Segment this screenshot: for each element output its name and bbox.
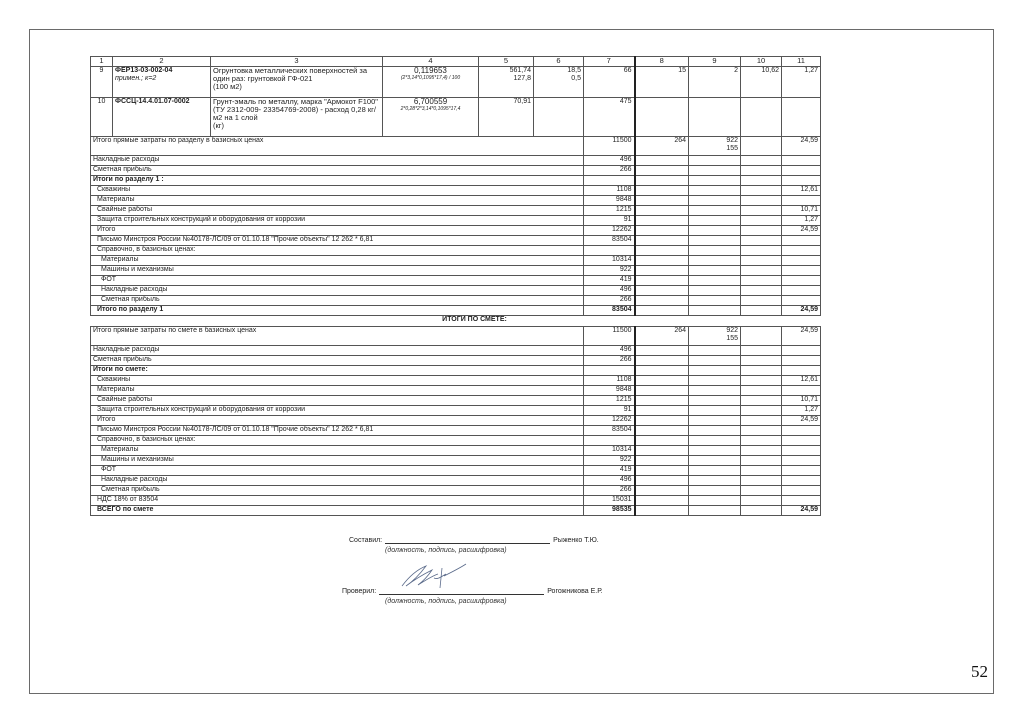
summary-row: Справочно, в базисных ценах:	[91, 246, 821, 256]
labor-per-unit	[741, 386, 782, 396]
labor-total	[782, 496, 821, 506]
machines-cost	[689, 496, 741, 506]
labor-per-unit	[741, 98, 782, 137]
total-cost	[584, 366, 635, 376]
total-cost: 15031	[584, 496, 635, 506]
item-quantity-formula: 2*0,28*2*3,14*0,1095*17,4	[385, 106, 476, 113]
composed-name: Рыженко Т.Ю.	[553, 537, 599, 544]
item-quantity: 6,700559	[385, 98, 476, 106]
total-cost: 496	[584, 156, 635, 166]
wages-cost	[635, 366, 689, 376]
machines-cost: 2	[689, 67, 741, 98]
row-label: Сметная прибыль	[91, 296, 584, 306]
totals-heading-row: ИТОГИ ПО СМЕТЕ:	[91, 316, 821, 327]
labor-total	[782, 436, 821, 446]
item-number: 9	[91, 67, 113, 98]
item-code-note: примен.; к=2	[115, 75, 208, 83]
labor-per-unit	[741, 346, 782, 356]
estimate-table: 1 2 3 4 5 6 7 8 9 10 11 9ФЕР13-03-002-04…	[90, 56, 821, 516]
signature-blank	[379, 587, 544, 595]
row-label: Итого по разделу 1	[91, 306, 584, 316]
wages-cost	[635, 276, 689, 286]
col-header: 3	[211, 57, 383, 67]
labor-total: 1,27	[782, 216, 821, 226]
row-label: Итого прямые затраты по разделу в базисн…	[91, 137, 584, 156]
wages-cost	[635, 236, 689, 246]
machines-cost	[689, 98, 741, 137]
row-label: Накладные расходы	[91, 156, 584, 166]
machines-cost: 922155	[689, 327, 741, 346]
labor-total	[782, 346, 821, 356]
summary-row: Защита строительных конструкций и оборуд…	[91, 406, 821, 416]
wages-cost	[635, 176, 689, 186]
total-cost	[584, 436, 635, 446]
wages-cost	[635, 216, 689, 226]
row-label: Скважины	[91, 186, 584, 196]
total-cost: 1108	[584, 376, 635, 386]
summary-row: ФОТ419	[91, 466, 821, 476]
summary-row: Сметная прибыль266	[91, 486, 821, 496]
machines-cost	[689, 176, 741, 186]
col-header: 5	[479, 57, 534, 67]
row-label: Свайные работы	[91, 396, 584, 406]
wages-cost	[635, 186, 689, 196]
labor-total	[782, 476, 821, 486]
summary-row: Скважины110812,61	[91, 376, 821, 386]
labor-per-unit	[741, 486, 782, 496]
machines-cost	[689, 376, 741, 386]
labor-per-unit	[741, 296, 782, 306]
summary-row: Письмо Минстроя России №40178-ЛС/09 от 0…	[91, 426, 821, 436]
item-quantity: 0,119653	[385, 67, 476, 75]
total-cost: 12262	[584, 226, 635, 236]
summary-row: Скважины110812,61	[91, 186, 821, 196]
labor-total	[782, 256, 821, 266]
labor-total	[782, 486, 821, 496]
estimate-item-row: 10ФССЦ-14.4.01.07-0002Грунт-эмаль по мет…	[91, 98, 821, 137]
row-label: Материалы	[91, 446, 584, 456]
labor-per-unit	[741, 396, 782, 406]
summary-row: Свайные работы121510,71	[91, 396, 821, 406]
total-cost: 83504	[584, 306, 635, 316]
wages-cost	[635, 246, 689, 256]
row-label: Машины и механизмы	[91, 456, 584, 466]
labor-total	[782, 446, 821, 456]
col-header: 2	[113, 57, 211, 67]
row-label: Материалы	[91, 256, 584, 266]
direct-costs-row: Итого прямые затраты по разделу в базисн…	[91, 137, 821, 156]
wages-cost	[635, 166, 689, 176]
machines-cost	[689, 426, 741, 436]
item-quantity-cell: 6,7005592*0,28*2*3,14*0,1095*17,4	[383, 98, 479, 137]
machines-cost	[689, 186, 741, 196]
total-cost: 91	[584, 406, 635, 416]
row-label: Итого прямые затраты по смете в базисных…	[91, 327, 584, 346]
item-name-cell: Огрунтовка металлических поверхностей за…	[211, 67, 383, 98]
wages-cost	[635, 396, 689, 406]
summary-row: Итого1226224,59	[91, 416, 821, 426]
cell-line: 561,74	[481, 67, 531, 75]
labor-total	[782, 276, 821, 286]
total-cost: 266	[584, 166, 635, 176]
wages-cost	[635, 376, 689, 386]
item-code: ФССЦ-14.4.01.07-0002	[115, 98, 208, 106]
row-label: Сметная прибыль	[91, 356, 584, 366]
summary-row: ФОТ419	[91, 276, 821, 286]
labor-total	[782, 366, 821, 376]
labor-per-unit	[741, 176, 782, 186]
wages-cost: 264	[635, 327, 689, 346]
row-label: Свайные работы	[91, 206, 584, 216]
summary-row: НДС 18% от 8350415031	[91, 496, 821, 506]
labor-per-unit	[741, 226, 782, 236]
summary-row: Материалы10314	[91, 256, 821, 266]
wages-cost	[635, 98, 689, 137]
total-cost: 266	[584, 486, 635, 496]
machines-cost	[689, 306, 741, 316]
machines-cost	[689, 346, 741, 356]
item-number: 10	[91, 98, 113, 137]
machines-cost	[689, 396, 741, 406]
machines-cost	[689, 286, 741, 296]
labor-per-unit	[741, 476, 782, 486]
unit-price-cell: 70,91	[479, 98, 534, 137]
total-cost: 11500	[584, 327, 635, 346]
summary-row: Материалы10314	[91, 446, 821, 456]
machines-cost	[689, 266, 741, 276]
machines-cost	[689, 226, 741, 236]
wages-cost	[635, 506, 689, 516]
summary-row: Машины и механизмы922	[91, 456, 821, 466]
total-cost: 922	[584, 266, 635, 276]
machines-cost	[689, 166, 741, 176]
total-cost: 12262	[584, 416, 635, 426]
total-cost: 1108	[584, 186, 635, 196]
wages-cost	[635, 196, 689, 206]
composed-label: Составил:	[349, 537, 382, 544]
cell-line: 18,5	[536, 67, 581, 75]
item-quantity-formula: (2*3,14*0,1095*17,4) / 100	[385, 75, 476, 82]
total-cost: 419	[584, 466, 635, 476]
machines-cost	[689, 386, 741, 396]
wages-cost	[635, 156, 689, 166]
labor-per-unit	[741, 356, 782, 366]
wages-cost: 15	[635, 67, 689, 98]
total-cost: 266	[584, 296, 635, 306]
machines-cost	[689, 416, 741, 426]
wages-cost	[635, 456, 689, 466]
item-code-cell: ФССЦ-14.4.01.07-0002	[113, 98, 211, 137]
labor-per-unit	[741, 236, 782, 246]
labor-total: 1,27	[782, 406, 821, 416]
labor-per-unit	[741, 327, 782, 346]
item-name-cell: Грунт-эмаль по металлу, марка "Армокот F…	[211, 98, 383, 137]
wages-cost	[635, 486, 689, 496]
summary-row: Сметная прибыль266	[91, 296, 821, 306]
labor-per-unit	[741, 166, 782, 176]
summary-row: Итого по разделу 18350424,59	[91, 306, 821, 316]
labor-total: 24,59	[782, 416, 821, 426]
labor-total	[782, 466, 821, 476]
row-label: Накладные расходы	[91, 476, 584, 486]
machines-cost	[689, 206, 741, 216]
wages-cost	[635, 306, 689, 316]
row-label: Материалы	[91, 196, 584, 206]
summary-row: Итоги по смете:	[91, 366, 821, 376]
machines-cost	[689, 156, 741, 166]
wages-cost	[635, 406, 689, 416]
col-header: 11	[782, 57, 821, 67]
machines-cost	[689, 436, 741, 446]
labor-total: 24,59	[782, 327, 821, 346]
wages-cost	[635, 426, 689, 436]
machines-cost	[689, 216, 741, 226]
row-label: ФОТ	[91, 466, 584, 476]
machines-cost	[689, 296, 741, 306]
cell-line: 127,8	[481, 75, 531, 83]
item-name: Огрунтовка металлических поверхностей за…	[213, 67, 380, 83]
summary-row: Свайные работы121510,71	[91, 206, 821, 216]
summary-row: ВСЕГО по смете9853524,59	[91, 506, 821, 516]
labor-per-unit	[741, 306, 782, 316]
cell-line: 70,91	[481, 98, 531, 106]
machines-cost: 922155	[689, 137, 741, 156]
labor-per-unit	[741, 406, 782, 416]
totals-heading: ИТОГИ ПО СМЕТЕ:	[91, 316, 821, 327]
summary-row: Сметная прибыль266	[91, 356, 821, 366]
item-name: Грунт-эмаль по металлу, марка "Армокот F…	[213, 98, 380, 122]
labor-per-unit	[741, 137, 782, 156]
total-cost: 1215	[584, 206, 635, 216]
checked-signature-line: Проверил:Рогожникова Е.Р.	[342, 587, 603, 595]
labor-per-unit	[741, 466, 782, 476]
row-label: Материалы	[91, 386, 584, 396]
labor-total: 10,71	[782, 206, 821, 216]
wages-cost	[635, 386, 689, 396]
row-label: Справочно, в базисных ценах:	[91, 246, 584, 256]
labor-total: 24,59	[782, 306, 821, 316]
total-cost: 91	[584, 216, 635, 226]
labor-per-unit	[741, 156, 782, 166]
total-cost: 10314	[584, 446, 635, 456]
wages-cost: 264	[635, 137, 689, 156]
machines-cost	[689, 456, 741, 466]
summary-row: Сметная прибыль266	[91, 166, 821, 176]
labor-total	[782, 246, 821, 256]
labor-total	[782, 236, 821, 246]
labor-total: 24,59	[782, 506, 821, 516]
machines-cost	[689, 486, 741, 496]
summary-row: Защита строительных конструкций и оборуд…	[91, 216, 821, 226]
total-cost: 496	[584, 286, 635, 296]
labor-total	[782, 426, 821, 436]
item-code: ФЕР13-03-002-04	[115, 67, 208, 75]
machines-cost	[689, 406, 741, 416]
labor-per-unit	[741, 286, 782, 296]
wages-cost	[635, 226, 689, 236]
item-quantity-cell: 0,119653(2*3,14*0,1095*17,4) / 100	[383, 67, 479, 98]
labor-per-unit	[741, 366, 782, 376]
machines-cost	[689, 236, 741, 246]
total-cost: 11500	[584, 137, 635, 156]
row-label: Защита строительных конструкций и оборуд…	[91, 216, 584, 226]
row-label: НДС 18% от 83504	[91, 496, 584, 506]
labor-per-unit	[741, 376, 782, 386]
total-cost: 66	[584, 67, 635, 98]
row-label: Итого	[91, 226, 584, 236]
labor-per-unit	[741, 196, 782, 206]
row-label: Письмо Минстроя России №40178-ЛС/09 от 0…	[91, 236, 584, 246]
summary-row: Накладные расходы496	[91, 286, 821, 296]
wages-cost	[635, 466, 689, 476]
signature-blank	[385, 536, 550, 544]
item-unit: (100 м2)	[213, 83, 380, 91]
labor-per-unit	[741, 436, 782, 446]
labor-per-unit	[741, 256, 782, 266]
labor-total	[782, 386, 821, 396]
cell-line: 0,5	[536, 75, 581, 83]
wages-cost	[635, 346, 689, 356]
summary-row: Накладные расходы496	[91, 346, 821, 356]
row-label: Итоги по смете:	[91, 366, 584, 376]
estimate-item-row: 9ФЕР13-03-002-04примен.; к=2Огрунтовка м…	[91, 67, 821, 98]
labor-total: 24,59	[782, 226, 821, 236]
wages-cost	[635, 256, 689, 266]
summary-row: Итого1226224,59	[91, 226, 821, 236]
machines-cost	[689, 276, 741, 286]
cell-line: 922	[691, 327, 738, 335]
machines-cost	[689, 196, 741, 206]
labor-total: 1,27	[782, 67, 821, 98]
summary-row: Материалы9848	[91, 386, 821, 396]
row-label: Сметная прибыль	[91, 166, 584, 176]
machines-cost	[689, 466, 741, 476]
labor-per-unit	[741, 246, 782, 256]
total-cost: 98535	[584, 506, 635, 516]
unit-price-cell: 561,74127,8	[479, 67, 534, 98]
labor-total	[782, 98, 821, 137]
labor-total: 24,59	[782, 137, 821, 156]
unit-price-wages-cell: 18,50,5	[534, 67, 584, 98]
labor-per-unit	[741, 456, 782, 466]
labor-total: 12,61	[782, 376, 821, 386]
labor-total	[782, 176, 821, 186]
row-label: Накладные расходы	[91, 286, 584, 296]
checked-name: Рогожникова Е.Р.	[547, 588, 602, 595]
total-cost: 419	[584, 276, 635, 286]
labor-per-unit	[741, 276, 782, 286]
row-label: ВСЕГО по смете	[91, 506, 584, 516]
total-cost: 496	[584, 346, 635, 356]
machines-cost	[689, 366, 741, 376]
item-unit: (кг)	[213, 122, 380, 130]
summary-row: Машины и механизмы922	[91, 266, 821, 276]
total-cost: 496	[584, 476, 635, 486]
checked-label: Проверил:	[342, 588, 376, 595]
total-cost: 475	[584, 98, 635, 137]
labor-total	[782, 166, 821, 176]
machines-cost	[689, 246, 741, 256]
summary-row: Итоги по разделу 1 :	[91, 176, 821, 186]
labor-per-unit	[741, 446, 782, 456]
labor-per-unit: 10,62	[741, 67, 782, 98]
labor-per-unit	[741, 266, 782, 276]
composed-note: (должность, подпись, расшифровка)	[385, 547, 507, 554]
row-label: Защита строительных конструкций и оборуд…	[91, 406, 584, 416]
total-cost: 9848	[584, 386, 635, 396]
summary-row: Накладные расходы496	[91, 476, 821, 486]
wages-cost	[635, 496, 689, 506]
labor-per-unit	[741, 216, 782, 226]
labor-total	[782, 456, 821, 466]
total-cost: 10314	[584, 256, 635, 266]
col-header: 7	[584, 57, 635, 67]
labor-per-unit	[741, 506, 782, 516]
col-header: 9	[689, 57, 741, 67]
cell-line: 155	[691, 335, 738, 343]
labor-total	[782, 286, 821, 296]
row-label: Накладные расходы	[91, 346, 584, 356]
row-label: Сметная прибыль	[91, 486, 584, 496]
total-cost: 9848	[584, 196, 635, 206]
total-cost	[584, 176, 635, 186]
total-cost: 83504	[584, 236, 635, 246]
total-cost: 266	[584, 356, 635, 366]
machines-cost	[689, 506, 741, 516]
wages-cost	[635, 206, 689, 216]
summary-row: Письмо Минстроя России №40178-ЛС/09 от 0…	[91, 236, 821, 246]
direct-costs-row: Итого прямые затраты по смете в базисных…	[91, 327, 821, 346]
labor-total: 10,71	[782, 396, 821, 406]
total-cost: 1215	[584, 396, 635, 406]
total-cost: 83504	[584, 426, 635, 436]
wages-cost	[635, 476, 689, 486]
row-label: Письмо Минстроя России №40178-ЛС/09 от 0…	[91, 426, 584, 436]
row-label: Итоги по разделу 1 :	[91, 176, 584, 186]
machines-cost	[689, 446, 741, 456]
labor-per-unit	[741, 186, 782, 196]
wages-cost	[635, 296, 689, 306]
row-label: ФОТ	[91, 276, 584, 286]
row-label: Скважины	[91, 376, 584, 386]
summary-row: Материалы9848	[91, 196, 821, 206]
wages-cost	[635, 356, 689, 366]
col-header: 8	[635, 57, 689, 67]
col-header: 4	[383, 57, 479, 67]
column-number-row: 1 2 3 4 5 6 7 8 9 10 11	[91, 57, 821, 67]
machines-cost	[689, 476, 741, 486]
summary-row: Накладные расходы496	[91, 156, 821, 166]
cell-line: 155	[691, 145, 738, 153]
wages-cost	[635, 266, 689, 276]
checked-note: (должность, подпись, расшифровка)	[385, 598, 507, 605]
col-header: 10	[741, 57, 782, 67]
labor-total: 12,61	[782, 186, 821, 196]
wages-cost	[635, 436, 689, 446]
wages-cost	[635, 286, 689, 296]
composed-signature-line: Составил:Рыженко Т.Ю.	[349, 536, 599, 544]
row-label: Справочно, в базисных ценах:	[91, 436, 584, 446]
summary-row: Справочно, в базисных ценах:	[91, 436, 821, 446]
row-label: Итого	[91, 416, 584, 426]
page-number: 52	[971, 662, 988, 682]
item-code-cell: ФЕР13-03-002-04примен.; к=2	[113, 67, 211, 98]
wages-cost	[635, 446, 689, 456]
unit-price-wages-cell	[534, 98, 584, 137]
labor-total	[782, 356, 821, 366]
machines-cost	[689, 256, 741, 266]
col-header: 1	[91, 57, 113, 67]
